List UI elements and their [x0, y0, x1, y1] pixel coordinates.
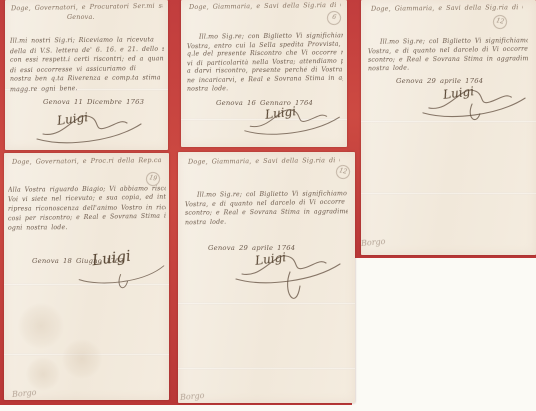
header-inscription-line2: Genova.: [67, 13, 127, 21]
fold-crease: [178, 367, 355, 370]
paper-stain: [62, 339, 102, 379]
signature: Luigi: [233, 246, 345, 316]
header-inscription: Doge, Governatori, e Proc.ri della Rep.c…: [12, 156, 162, 166]
signature-flourish: [421, 80, 529, 128]
signature: Luigi: [74, 245, 169, 297]
letter-body: Ill.mo Sig.re; col Biglietto Vi signific…: [185, 190, 348, 226]
pencil-note: Borgo: [361, 237, 386, 248]
pencil-note: Borgo: [180, 391, 205, 402]
signature: Luigi: [243, 100, 343, 138]
header-inscription: Doge, Governatori, e Procuratori Ser.mi …: [11, 2, 163, 13]
catalog-number-badge: 6: [326, 10, 343, 27]
paper-stain: [26, 357, 60, 391]
body-line: ogni nostra lode.: [8, 222, 166, 233]
fold-crease: [361, 192, 536, 195]
letter-body: Ill.mo Sig.re; col Biglietto Vi signific…: [368, 38, 528, 73]
header-inscription: Doge, Giammaria, e Savi della Sig.ria di…: [371, 3, 523, 13]
dateline: Genova 11 Dicembre 1763: [43, 98, 144, 106]
header-inscription: Doge, Giammaria, e Savi della Sig.ria di…: [188, 156, 340, 166]
header-inscription: Doge, Giammaria, e Savi della Sig.ria di…: [189, 1, 341, 11]
signature-flourish: [233, 246, 345, 316]
letter-body: Ill.mo Sig.re; con Biglietto Vi signific…: [187, 33, 343, 93]
letter-body: Ill.mi nostri Sig.ri; Riceviamo la ricev…: [10, 36, 164, 94]
letter-sheet-top-left: Doge, Governatori, e Procuratori Ser.mi …: [5, 0, 168, 150]
letter-sheet-bottom-left: Doge, Governatori, e Proc.ri della Rep.c…: [4, 153, 169, 400]
letter-body: Alla Vostra riguardo Biagio; Vi abbiamo …: [8, 185, 166, 232]
signature-flourish: [35, 106, 145, 146]
body-line: nostra lode.: [368, 63, 528, 75]
letter-sheet-bottom-middle: Doge, Giammaria, e Savi della Sig.ria di…: [178, 152, 355, 403]
pencil-note: Borgo: [12, 388, 37, 399]
manuscript-scan: Doge, Governatori, e Procuratori Ser.mi …: [0, 0, 536, 411]
letter-sheet-top-middle: Doge, Giammaria, e Savi della Sig.ria di…: [181, 0, 347, 147]
body-line: magg.re ogni bene.: [10, 83, 164, 95]
letter-sheet-right: Doge, Giammaria, e Savi della Sig.ria di…: [361, 0, 536, 255]
paper-stain: [18, 303, 64, 349]
catalog-number-badge: 12: [492, 14, 509, 31]
body-line: nostra lode.: [187, 84, 343, 94]
signature: Luigi: [35, 106, 145, 146]
signature: Luigi: [421, 80, 529, 128]
catalog-number-badge: 12: [335, 164, 352, 181]
body-line: nostra lode.: [185, 216, 348, 228]
